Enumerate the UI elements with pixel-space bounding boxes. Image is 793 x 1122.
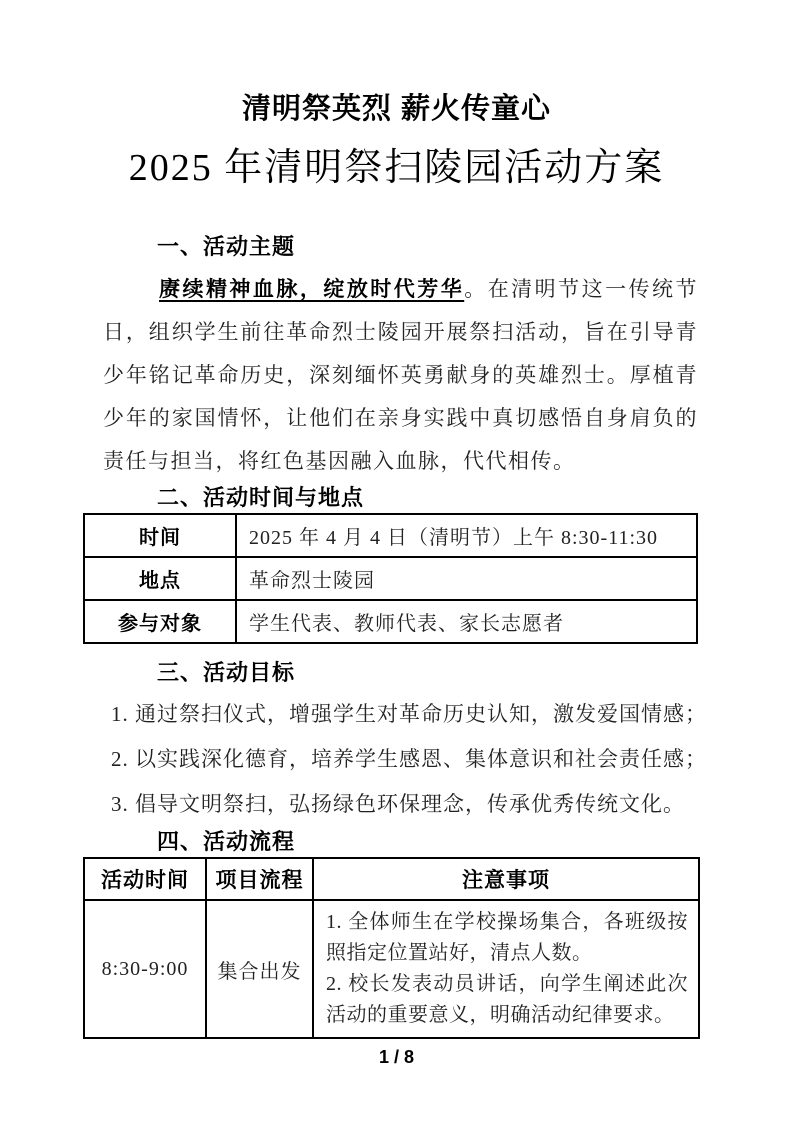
- activity-flow-table: 活动时间 项目流程 注意事项 8:30-9:00 集合出发 1. 全体师生在学校…: [83, 857, 700, 1039]
- list-item: 1. 通过祭扫仪式，增强学生对革命历史认知，激发爱国情感；: [103, 692, 698, 737]
- flow-item-cell: 集合出发: [206, 900, 313, 1038]
- flow-time-cell: 8:30-9:00: [84, 900, 206, 1038]
- page-number: 1 / 8: [95, 1047, 698, 1068]
- row-label-time: 时间: [84, 514, 236, 557]
- column-header-item: 项目流程: [206, 858, 313, 900]
- section-heading-theme: 一、活动主题: [103, 232, 698, 262]
- document-page: 清明祭英烈 薪火传童心 2025 年清明祭扫陵园活动方案 一、活动主题 赓续精神…: [0, 0, 793, 1122]
- goal-list: 1. 通过祭扫仪式，增强学生对革命历史认知，激发爱国情感； 2. 以实践深化德育…: [103, 692, 698, 827]
- row-value-place: 革命烈士陵园: [236, 557, 697, 600]
- note-line: 2. 校长发表动员讲话，向学生阐述此次活动的重要意义，明确活动纪律要求。: [326, 969, 688, 1031]
- flow-notes-cell: 1. 全体师生在学校操场集合，各班级按照指定位置站好，清点人数。 2. 校长发表…: [313, 900, 699, 1038]
- document-title: 2025 年清明祭扫陵园活动方案: [95, 140, 698, 196]
- table-row: 参与对象 学生代表、教师代表、家长志愿者: [84, 600, 697, 643]
- column-header-time: 活动时间: [84, 858, 206, 900]
- theme-lead-underlined: 赓续精神血脉，绽放时代芳华: [159, 278, 464, 301]
- time-place-table: 时间 2025 年 4 月 4 日（清明节）上午 8:30-11:30 地点 革…: [83, 513, 698, 644]
- row-value-participants: 学生代表、教师代表、家长志愿者: [236, 600, 697, 643]
- section-heading-goals: 三、活动目标: [103, 658, 698, 688]
- list-item: 2. 以实践深化德育，培养学生感恩、集体意识和社会责任感；: [103, 737, 698, 782]
- table-row: 地点 革命烈士陵园: [84, 557, 697, 600]
- document-subtitle: 清明祭英烈 薪火传童心: [95, 88, 698, 130]
- table-row: 8:30-9:00 集合出发 1. 全体师生在学校操场集合，各班级按照指定位置站…: [84, 900, 699, 1038]
- row-value-time: 2025 年 4 月 4 日（清明节）上午 8:30-11:30: [236, 514, 697, 557]
- section-heading-flow: 四、活动流程: [103, 827, 698, 857]
- list-item: 3. 倡导文明祭扫，弘扬绿色环保理念，传承优秀传统文化。: [103, 782, 698, 827]
- theme-body-text: 。在清明节这一传统节日，组织学生前往革命烈士陵园开展祭扫活动，旨在引导青少年铭记…: [103, 277, 698, 473]
- row-label-place: 地点: [84, 557, 236, 600]
- table-header-row: 活动时间 项目流程 注意事项: [84, 858, 699, 900]
- section-heading-time-place: 二、活动时间与地点: [103, 483, 698, 513]
- column-header-notes: 注意事项: [313, 858, 699, 900]
- table-row: 时间 2025 年 4 月 4 日（清明节）上午 8:30-11:30: [84, 514, 697, 557]
- row-label-participants: 参与对象: [84, 600, 236, 643]
- note-line: 1. 全体师生在学校操场集合，各班级按照指定位置站好，清点人数。: [326, 907, 688, 969]
- theme-paragraph: 赓续精神血脉，绽放时代芳华。在清明节这一传统节日，组织学生前往革命烈士陵园开展祭…: [103, 268, 698, 483]
